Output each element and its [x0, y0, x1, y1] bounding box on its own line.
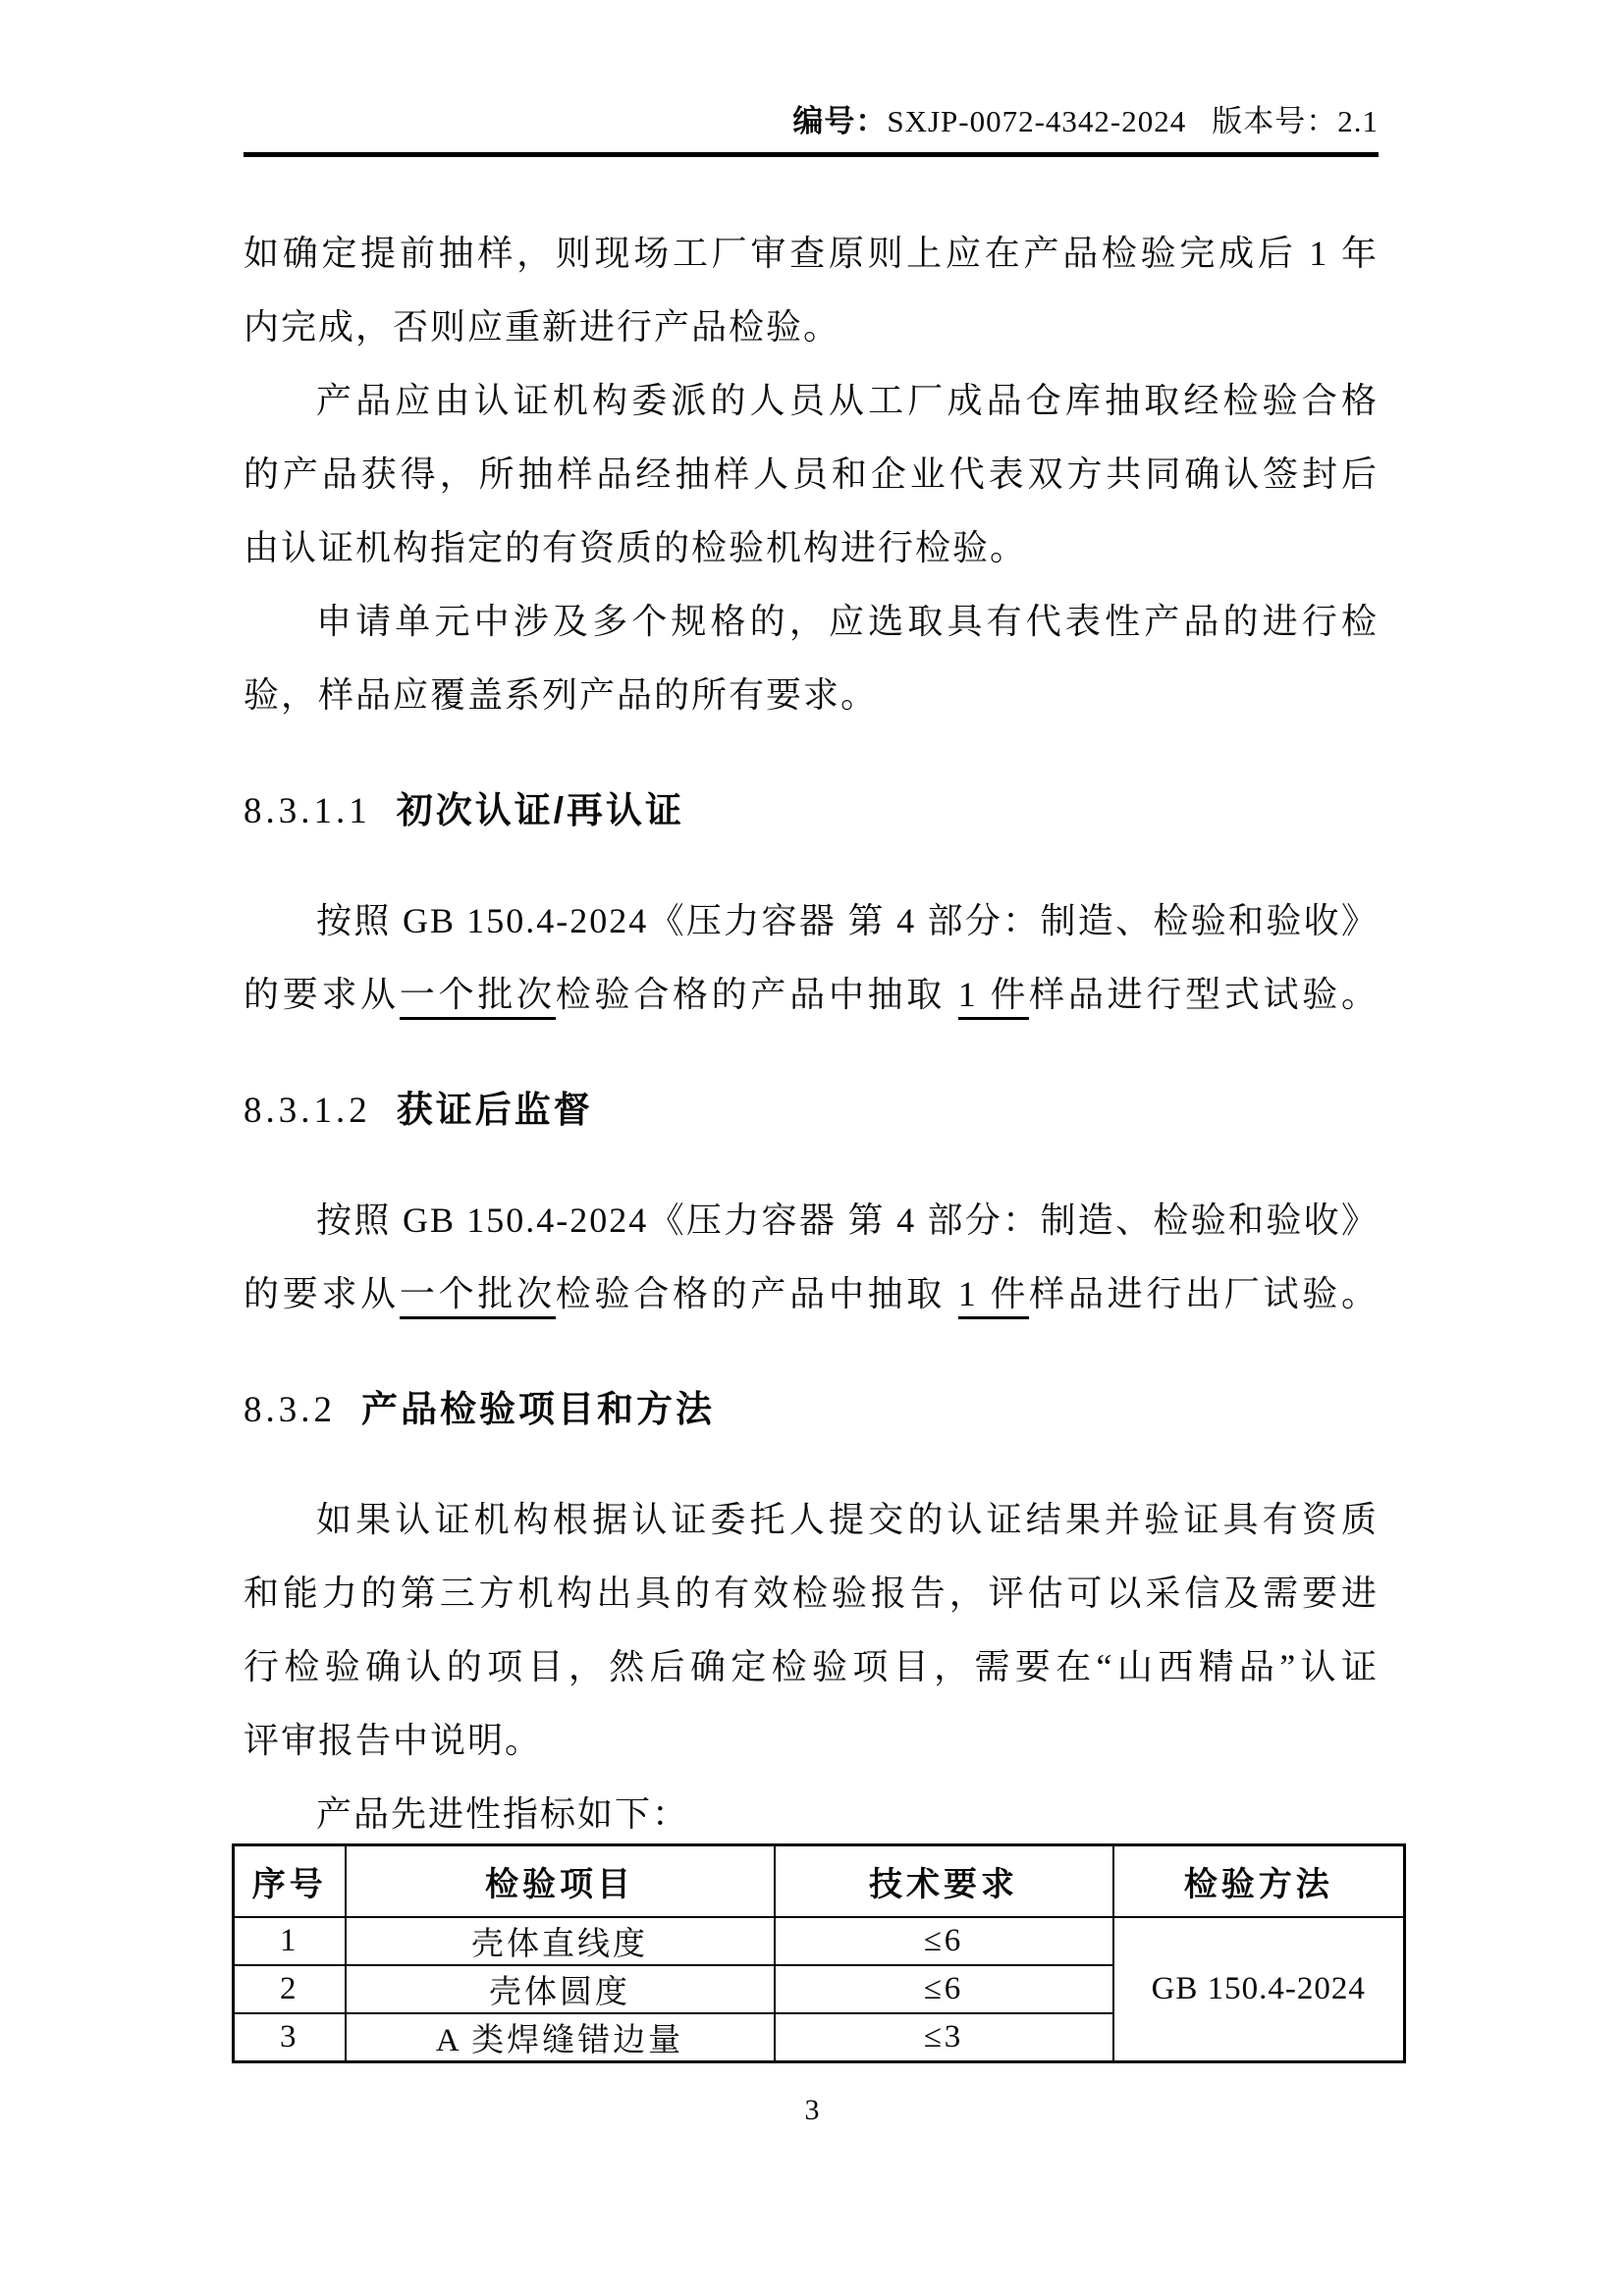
table-cell-item: 壳体直线度 [346, 1917, 775, 1965]
underlined-text: 1 件 [958, 975, 1029, 1020]
section-heading-8-3-1-2: 8.3.1.2获证后监督 [244, 1073, 1379, 1147]
text-segment: 检验合格的产品中抽取 [556, 1274, 958, 1313]
table-cell-no: 1 [234, 1917, 346, 1965]
underlined-text: 一个批次 [400, 975, 556, 1020]
version-label: 版本号： [1212, 104, 1337, 138]
header-rule [244, 152, 1379, 157]
text-segment: 检验合格的产品中抽取 [556, 975, 958, 1014]
heading-number: 8.3.1.2 [244, 1091, 371, 1131]
table-cell-req: ≤6 [775, 1917, 1113, 1965]
table-intro-line: 产品先进性指标如下： [244, 1778, 1379, 1851]
table-cell-item: 壳体圆度 [346, 1965, 775, 2013]
paragraph-line: 验，样品应覆盖系列产品的所有要求。 [244, 659, 1379, 732]
table-cell-no: 2 [234, 1965, 346, 2013]
table-header-cell: 检验方法 [1113, 1845, 1405, 1918]
table-header-cell: 序号 [234, 1845, 346, 1918]
heading-title: 获证后监督 [397, 1090, 593, 1130]
paragraph-line: 如确定提前抽样，则现场工厂审查原则上应在产品检验完成后 1 年 [244, 217, 1379, 291]
paragraph-line: 产品应由认证机构委派的人员从工厂成品仓库抽取经检验合格 [244, 364, 1379, 438]
heading-title: 初次认证/再认证 [397, 790, 684, 830]
paragraph-line: 申请单元中涉及多个规格的，应选取具有代表性产品的进行检 [244, 585, 1379, 659]
table-cell-method: GB 150.4-2024 [1113, 1917, 1405, 2062]
heading-title: 产品检验项目和方法 [361, 1389, 715, 1429]
heading-number: 8.3.2 [244, 1390, 336, 1430]
paragraph-line: 的要求从一个批次检验合格的产品中抽取 1 件样品进行型式试验。 [244, 958, 1379, 1032]
section-heading-8-3-1-1: 8.3.1.1初次认证/再认证 [244, 774, 1379, 847]
page-number: 3 [0, 2093, 1624, 2128]
doc-number-label: 编号： [792, 104, 887, 138]
paragraph-line: 的要求从一个批次检验合格的产品中抽取 1 件样品进行出厂试验。 [244, 1257, 1379, 1331]
paragraph-line: 按照 GB 150.4-2024《压力容器 第 4 部分：制造、检验和验收》 [244, 884, 1379, 958]
table-header-row: 序号 检验项目 技术要求 检验方法 [234, 1845, 1405, 1918]
text-segment: 样品进行出厂试验。 [1029, 1274, 1379, 1313]
document-body: 如确定提前抽样，则现场工厂审查原则上应在产品检验完成后 1 年 内完成，否则应重… [244, 217, 1379, 2063]
paragraph-line: 由认证机构指定的有资质的检验机构进行检验。 [244, 511, 1379, 585]
text-segment: 的要求从 [244, 975, 400, 1014]
text-segment: 样品进行型式试验。 [1029, 975, 1379, 1014]
document-page: 编号：SXJP-0072-4342-2024版本号：2.1 如确定提前抽样，则现… [0, 0, 1624, 2296]
paragraph-line: 的产品获得，所抽样品经抽样人员和企业代表双方共同确认签封后 [244, 438, 1379, 511]
paragraph-line: 和能力的第三方机构出具的有效检验报告，评估可以采信及需要进 [244, 1557, 1379, 1630]
table-row: 1 壳体直线度 ≤6 GB 150.4-2024 [234, 1917, 1405, 1965]
doc-number: SXJP-0072-4342-2024 [887, 104, 1186, 138]
paragraph-line: 按照 GB 150.4-2024《压力容器 第 4 部分：制造、检验和验收》 [244, 1184, 1379, 1257]
table-cell-req: ≤6 [775, 1965, 1113, 2013]
page-header: 编号：SXJP-0072-4342-2024版本号：2.1 [244, 104, 1379, 157]
table-cell-item: A 类焊缝错边量 [346, 2013, 775, 2062]
header-text: 编号：SXJP-0072-4342-2024版本号：2.1 [244, 104, 1379, 139]
underlined-text: 1 件 [958, 1274, 1029, 1319]
underlined-text: 一个批次 [400, 1274, 556, 1319]
table-header-cell: 检验项目 [346, 1845, 775, 1918]
inspection-table: 序号 检验项目 技术要求 检验方法 1 壳体直线度 ≤6 GB 150.4-20… [232, 1843, 1406, 2063]
paragraph-line: 内完成，否则应重新进行产品检验。 [244, 291, 1379, 364]
section-heading-8-3-2: 8.3.2产品检验项目和方法 [244, 1372, 1379, 1446]
version-number: 2.1 [1337, 104, 1379, 138]
paragraph-line: 行检验确认的项目，然后确定检验项目，需要在“山西精品”认证 [244, 1630, 1379, 1704]
paragraph-line: 如果认证机构根据认证委托人提交的认证结果并验证具有资质 [244, 1483, 1379, 1557]
table-cell-no: 3 [234, 2013, 346, 2062]
text-segment: 的要求从 [244, 1274, 400, 1313]
heading-number: 8.3.1.1 [244, 791, 371, 831]
paragraph-line: 评审报告中说明。 [244, 1704, 1379, 1778]
table-cell-req: ≤3 [775, 2013, 1113, 2062]
table-header-cell: 技术要求 [775, 1845, 1113, 1918]
